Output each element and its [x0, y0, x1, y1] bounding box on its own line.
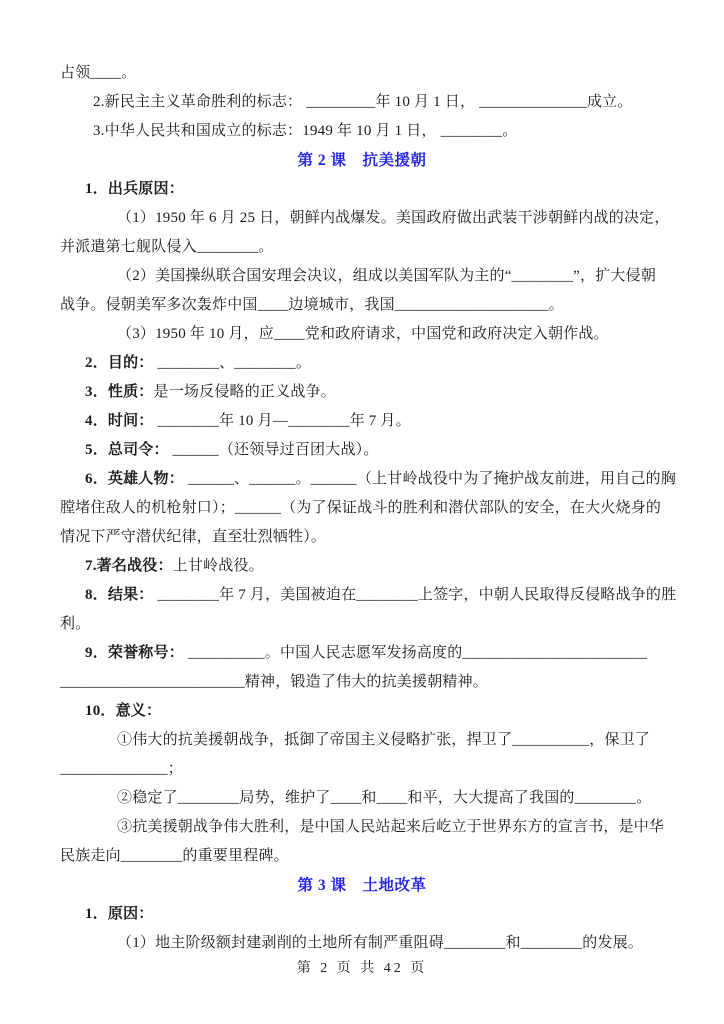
text-line: 8．结果： ________年 7 月，美国被迫在________上签字，中朝人… — [60, 581, 664, 610]
text-line: 1．原因： — [60, 900, 664, 929]
text-segment: ______、______。______（上甘岭战役中为了掩护战友前进，用自己的… — [184, 471, 676, 487]
bold-label: 6．英雄人物： — [85, 471, 184, 487]
text-segment: 3.中华人民共和国成立的标志：1949 年 10 月 1 日， ________… — [93, 123, 517, 139]
text-line: ______________； — [60, 755, 664, 784]
bold-label: 7.著名战役： — [85, 558, 173, 574]
text-segment: 2.新民主主义革命胜利的标志： _________年 10 月 1 日， ___… — [93, 94, 633, 110]
text-segment: （3）1950 年 10 月，应____党和政府请求，中国党和政府决定入朝作战。 — [117, 326, 609, 342]
bold-label: 2．目的： — [85, 355, 154, 371]
text-line: 利。 — [60, 610, 664, 639]
text-line: 并派遣第七舰队侵入________。 — [60, 233, 664, 262]
text-line: 情况下严守潜伏纪律，直至壮烈牺牲）。 — [60, 523, 664, 552]
text-segment: ______________； — [60, 761, 183, 777]
text-line: ①伟大的抗美援朝战争，抵御了帝国主义侵略扩张，捍卫了__________，保卫了 — [60, 726, 664, 755]
text-line: 9．荣誉称号： __________。中国人民志愿军发扬高度的_________… — [60, 639, 664, 668]
text-segment: 战争。侵朝美军多次轰炸中国____边境城市，我国________________… — [60, 297, 564, 313]
bold-label: 9．荣誉称号： — [85, 645, 184, 661]
bold-label: 8．结果： — [85, 587, 154, 603]
text-line: ③抗美援朝战争伟大胜利，是中国人民站起来后屹立于世界东方的宣言书，是中华 — [60, 813, 664, 842]
text-segment: 并派遣第七舰队侵入________。 — [60, 239, 274, 255]
text-segment: ①伟大的抗美援朝战争，抵御了帝国主义侵略扩张，捍卫了__________，保卫了 — [117, 732, 650, 748]
text-segment: 上甘岭战役。 — [173, 558, 264, 574]
text-line: 2.新民主主义革命胜利的标志： _________年 10 月 1 日， ___… — [60, 88, 664, 117]
text-line: 7.著名战役：上甘岭战役。 — [60, 552, 664, 581]
text-segment: ______（还领导过百团大战）。 — [169, 442, 379, 458]
text-line: ________________________精神，锻造了伟大的抗美援朝精神。 — [60, 668, 664, 697]
text-segment: ________、________。 — [154, 355, 312, 371]
text-segment: ③抗美援朝战争伟大胜利，是中国人民站起来后屹立于世界东方的宣言书，是中华 — [117, 819, 664, 835]
text-line: （3）1950 年 10 月，应____党和政府请求，中国党和政府决定入朝作战。 — [60, 320, 664, 349]
text-line: （1）1950 年 6 月 25 日，朝鲜内战爆发。美国政府做出武装干涉朝鲜内战… — [60, 204, 664, 233]
text-line: 5．总司令： ______（还领导过百团大战）。 — [60, 436, 664, 465]
bold-label: 3．性质： — [85, 384, 154, 400]
text-line: 3.中华人民共和国成立的标志：1949 年 10 月 1 日， ________… — [60, 117, 664, 146]
bold-label: 5．总司令： — [85, 442, 169, 458]
text-line: 民族走向________的重要里程碑。 — [60, 842, 664, 871]
document-body: 占领____。2.新民主主义革命胜利的标志： _________年 10 月 1… — [60, 59, 664, 958]
document-page: 占领____。2.新民主主义革命胜利的标志： _________年 10 月 1… — [0, 0, 724, 958]
text-segment: 利。 — [60, 616, 90, 632]
text-line: 膛堵住敌人的机枪射口）；______（为了保证战斗的胜利和潜伏部队的安全，在大火… — [60, 494, 664, 523]
page-footer: 第 2 页 共 42 页 — [0, 957, 724, 977]
text-line: 2．目的： ________、________。 — [60, 349, 664, 378]
text-line: 6．英雄人物： ______、______。______（上甘岭战役中为了掩护战… — [60, 465, 664, 494]
text-segment: ________________________精神，锻造了伟大的抗美援朝精神。 — [60, 674, 488, 690]
text-segment: 是一场反侵略的正义战争。 — [154, 384, 336, 400]
text-line: 3．性质：是一场反侵略的正义战争。 — [60, 378, 664, 407]
text-line: 1．出兵原因： — [60, 175, 664, 204]
text-segment: 情况下严守潜伏纪律，直至壮烈牺牲）。 — [60, 529, 326, 545]
text-segment: （1）1950 年 6 月 25 日，朝鲜内战爆发。美国政府做出武装干涉朝鲜内战… — [117, 210, 670, 226]
bold-label: 4．时间： — [85, 413, 154, 429]
text-line: （2）美国操纵联合国安理会决议，组成以美国军队为主的“________”，扩大侵… — [60, 262, 664, 291]
text-segment: 占领____。 — [60, 65, 136, 81]
text-segment: ②稳定了________局势，维护了____和____和平，大大提高了我国的__… — [117, 790, 651, 806]
text-segment: __________。中国人民志愿军发扬高度的_________________… — [184, 645, 647, 661]
text-segment: （1）地主阶级额封建剥削的土地所有制严重阻碍________和________的… — [117, 935, 643, 951]
bold-label: 10．意义： — [85, 703, 161, 719]
lesson-heading: 第 3 课 土地改革 — [60, 871, 664, 900]
lesson-heading: 第 2 课 抗美援朝 — [60, 146, 664, 175]
text-segment: ________年 7 月，美国被迫在________上签字，中朝人民取得反侵略… — [154, 587, 677, 603]
text-line: （1）地主阶级额封建剥削的土地所有制严重阻碍________和________的… — [60, 929, 664, 958]
text-line: 4．时间： ________年 10 月—________年 7 月。 — [60, 407, 664, 436]
text-line: 占领____。 — [60, 59, 664, 88]
text-line: ②稳定了________局势，维护了____和____和平，大大提高了我国的__… — [60, 784, 664, 813]
bold-label: 1．出兵原因： — [85, 181, 184, 197]
text-line: 战争。侵朝美军多次轰炸中国____边境城市，我国________________… — [60, 291, 664, 320]
text-line: 10．意义： — [60, 697, 664, 726]
text-segment: ________年 10 月—________年 7 月。 — [154, 413, 411, 429]
text-segment: （2）美国操纵联合国安理会决议，组成以美国军队为主的“________”，扩大侵… — [117, 268, 656, 284]
text-segment: 膛堵住敌人的机枪射口）；______（为了保证战斗的胜利和潜伏部队的安全，在大火… — [60, 500, 661, 516]
bold-label: 1．原因： — [85, 906, 154, 922]
text-segment: 民族走向________的重要里程碑。 — [60, 848, 289, 864]
